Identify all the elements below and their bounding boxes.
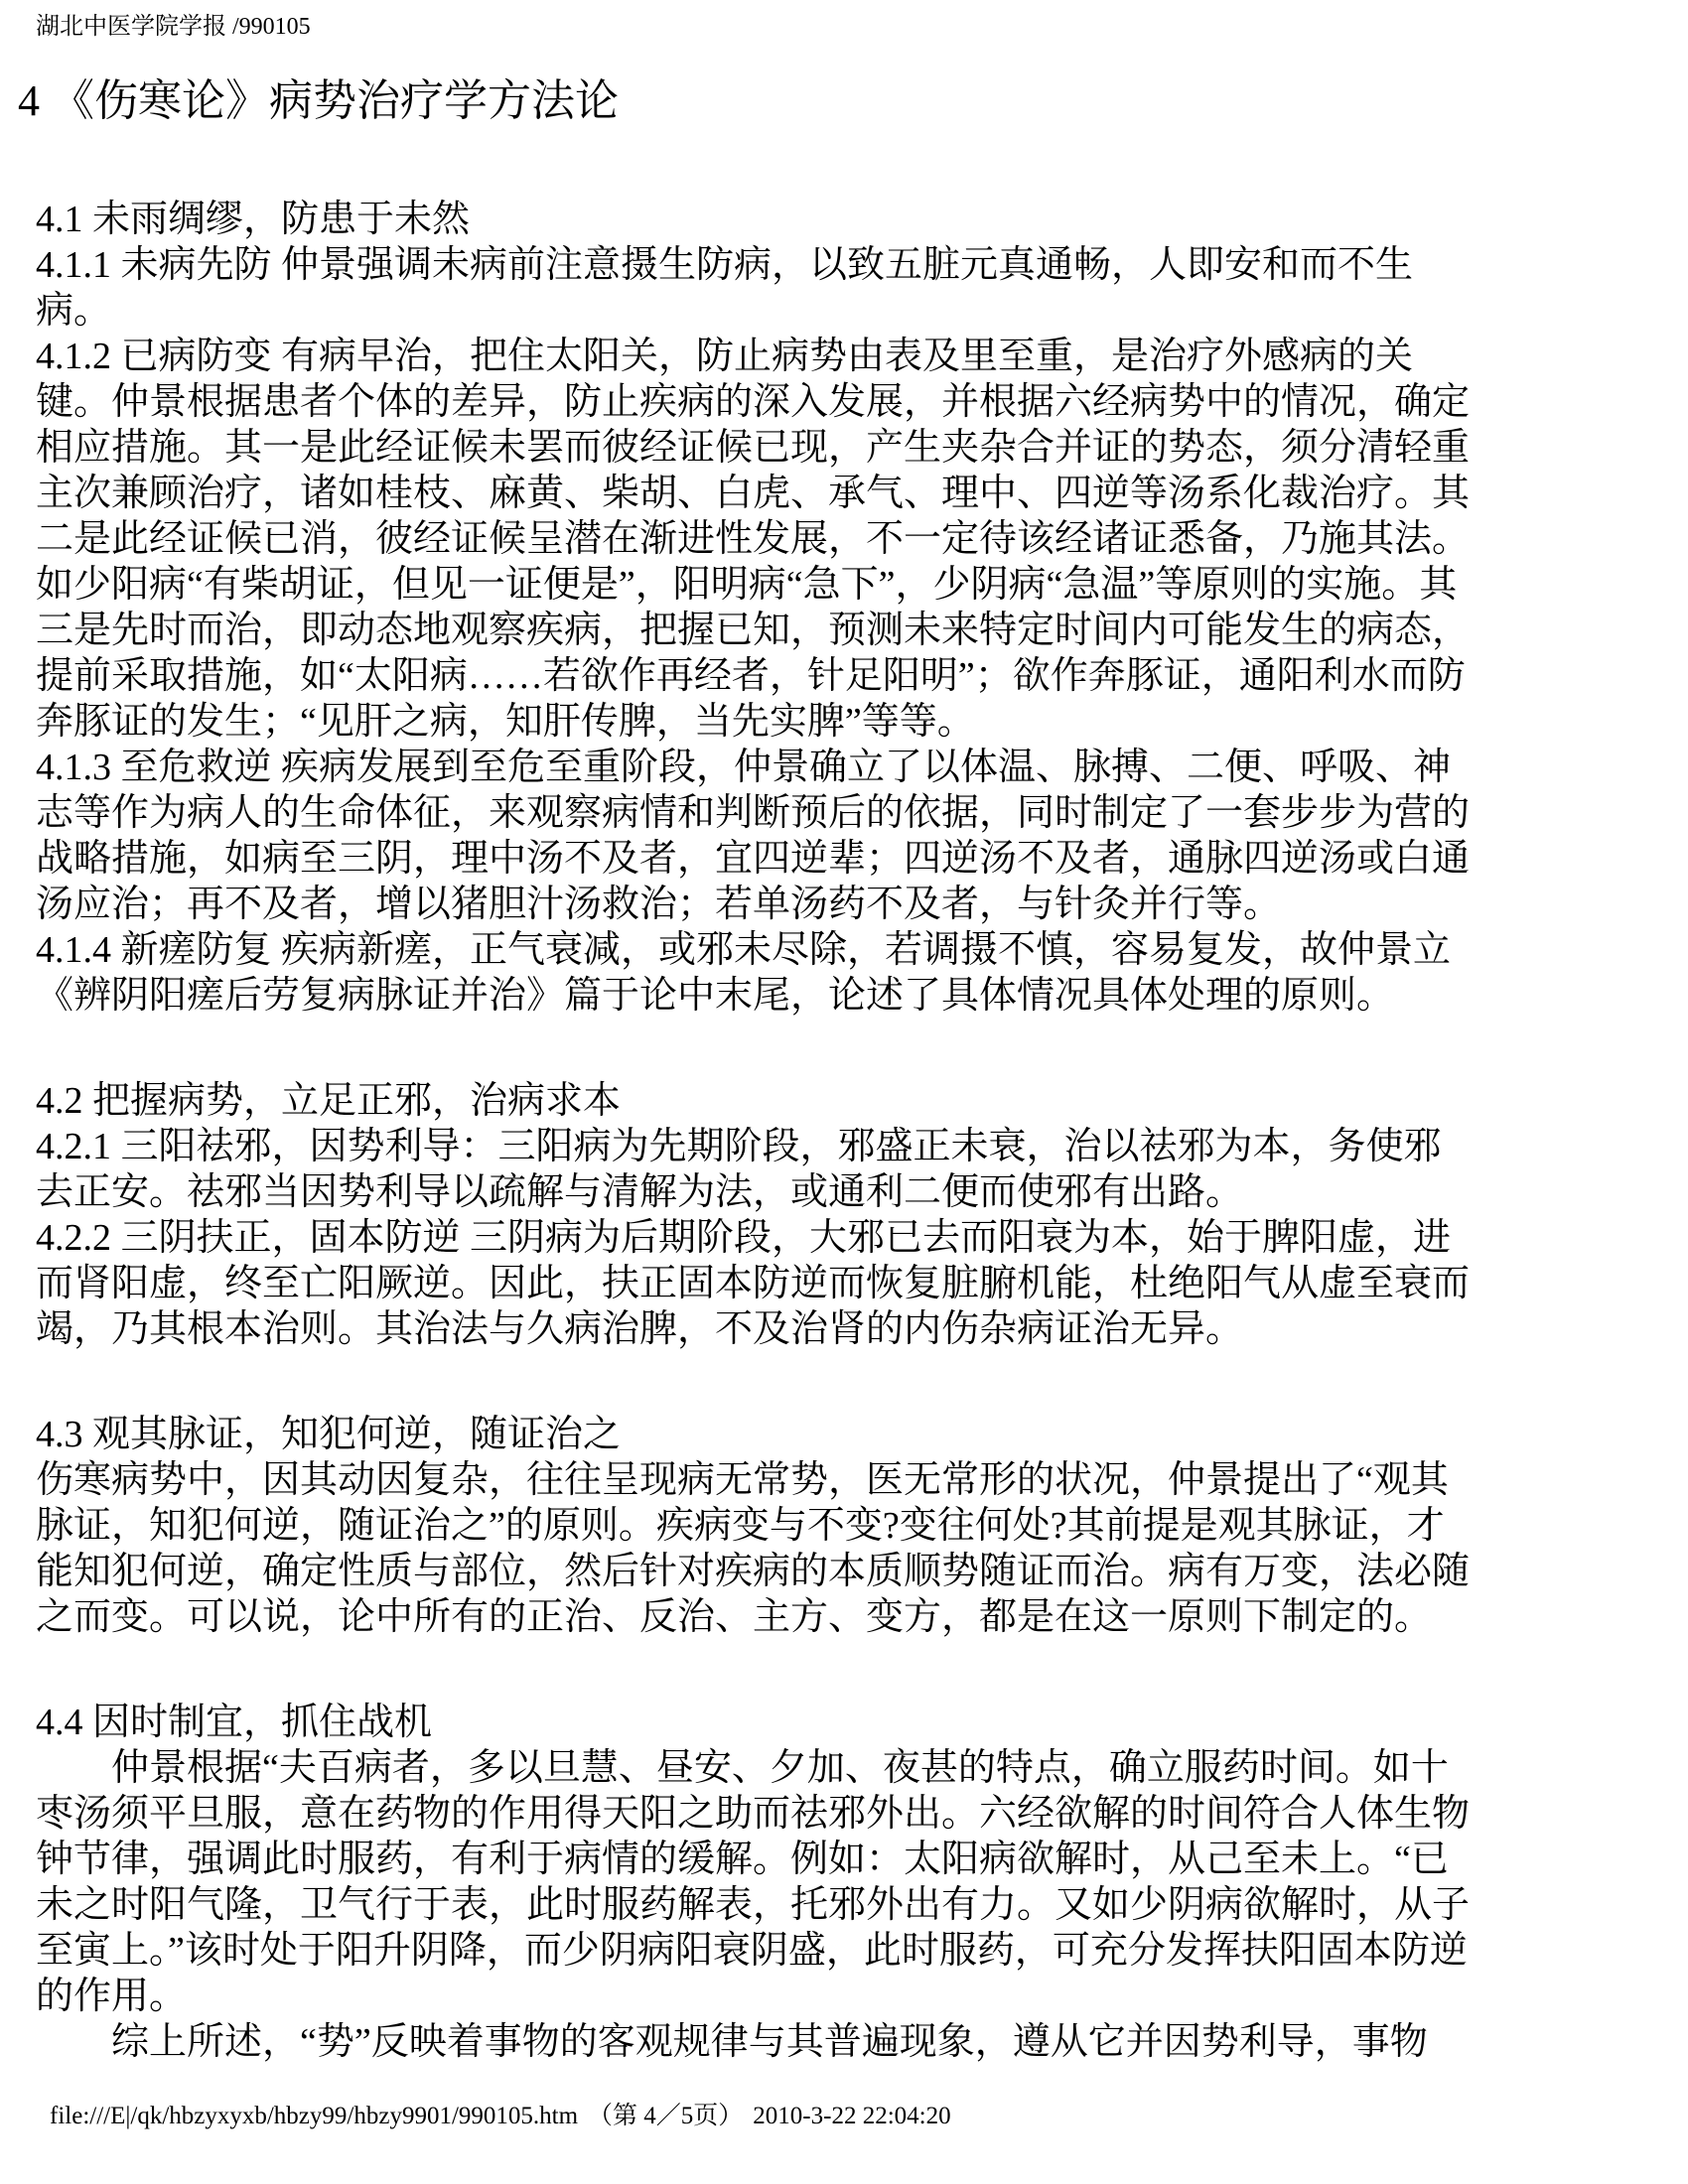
section-4-4-heading: 4.4 因时制宜，抓住战机 [36, 1700, 1688, 1745]
section-4-3: 4.3 观其脉证，知犯何逆，随证治之 伤寒病势中，因其动因复杂，往往呈现病无常势… [36, 1412, 1688, 1640]
section-4-2-heading: 4.2 把握病势，立足正邪，治病求本 [36, 1078, 1688, 1124]
article-title: 4 《伤寒论》病势治疗学方法论 [18, 75, 1688, 127]
print-timestamp: 2010-3-22 22:04:20 [753, 2103, 950, 2129]
section-4-2: 4.2 把握病势，立足正邪，治病求本 4.2.1 三阳祛邪，因势利导：三阳病为先… [36, 1078, 1688, 1352]
paragraph-4-4-summary: 综上所述，“势”反映着事物的客观规律与其普遍现象，遵从它并因势利导，事物 [36, 2019, 1477, 2065]
page-footer: file:///E|/qk/hbzyxyxb/hbzy99/hbzy9901/9… [50, 2101, 961, 2132]
paragraph-4-2-2: 4.2.2 三阴扶正，固本防逆 三阴病为后期阶段，大邪已去而阳衰为本，始于脾阳虚… [36, 1215, 1477, 1352]
page-indicator: （第 4／5页） [588, 2103, 743, 2129]
file-path: file:///E|/qk/hbzyxyxb/hbzy99/hbzy9901/9… [50, 2103, 578, 2129]
paragraph-4-3-body: 伤寒病势中，因其动因复杂，往往呈现病无常势，医无常形的状况，仲景提出了“观其脉证… [36, 1457, 1477, 1640]
paragraph-4-2-1: 4.2.1 三阳祛邪，因势利导：三阳病为先期阶段，邪盛正未衰，治以祛邪为本，务使… [36, 1124, 1477, 1215]
section-4-4: 4.4 因时制宜，抓住战机 仲景根据“夫百病者，多以旦慧、昼安、夕加、夜甚的特点… [36, 1700, 1688, 2065]
journal-header: 湖北中医学院学报 /990105 [36, 12, 1688, 42]
paragraph-4-1-2: 4.1.2 已病防变 有病早治，把住太阳关，防止病势由表及里至重，是治疗外感病的… [36, 334, 1477, 745]
document-page: 湖北中医学院学报 /990105 4 《伤寒论》病势治疗学方法论 4.1 未雨绸… [0, 0, 1688, 2184]
paragraph-4-1-1: 4.1.1 未病先防 仲景强调未病前注意摄生防病，以致五脏元真通畅，人即安和而不… [36, 242, 1477, 334]
paragraph-4-1-4: 4.1.4 新瘥防复 疾病新瘥，正气衰减，或邪未尽除，若调摄不慎，容易复发，故仲… [36, 927, 1477, 1019]
section-4-3-heading: 4.3 观其脉证，知犯何逆，随证治之 [36, 1412, 1688, 1457]
paragraph-4-4-body: 仲景根据“夫百病者，多以旦慧、昼安、夕加、夜甚的特点，确立服药时间。如十枣汤须平… [36, 1745, 1477, 2019]
section-4-1-heading: 4.1 未雨绸缪，防患于未然 [36, 197, 1688, 242]
paragraph-4-1-3: 4.1.3 至危救逆 疾病发展到至危至重阶段，仲景确立了以体温、脉搏、二便、呼吸… [36, 745, 1477, 927]
section-4-1: 4.1 未雨绸缪，防患于未然 4.1.1 未病先防 仲景强调未病前注意摄生防病，… [36, 197, 1688, 1019]
